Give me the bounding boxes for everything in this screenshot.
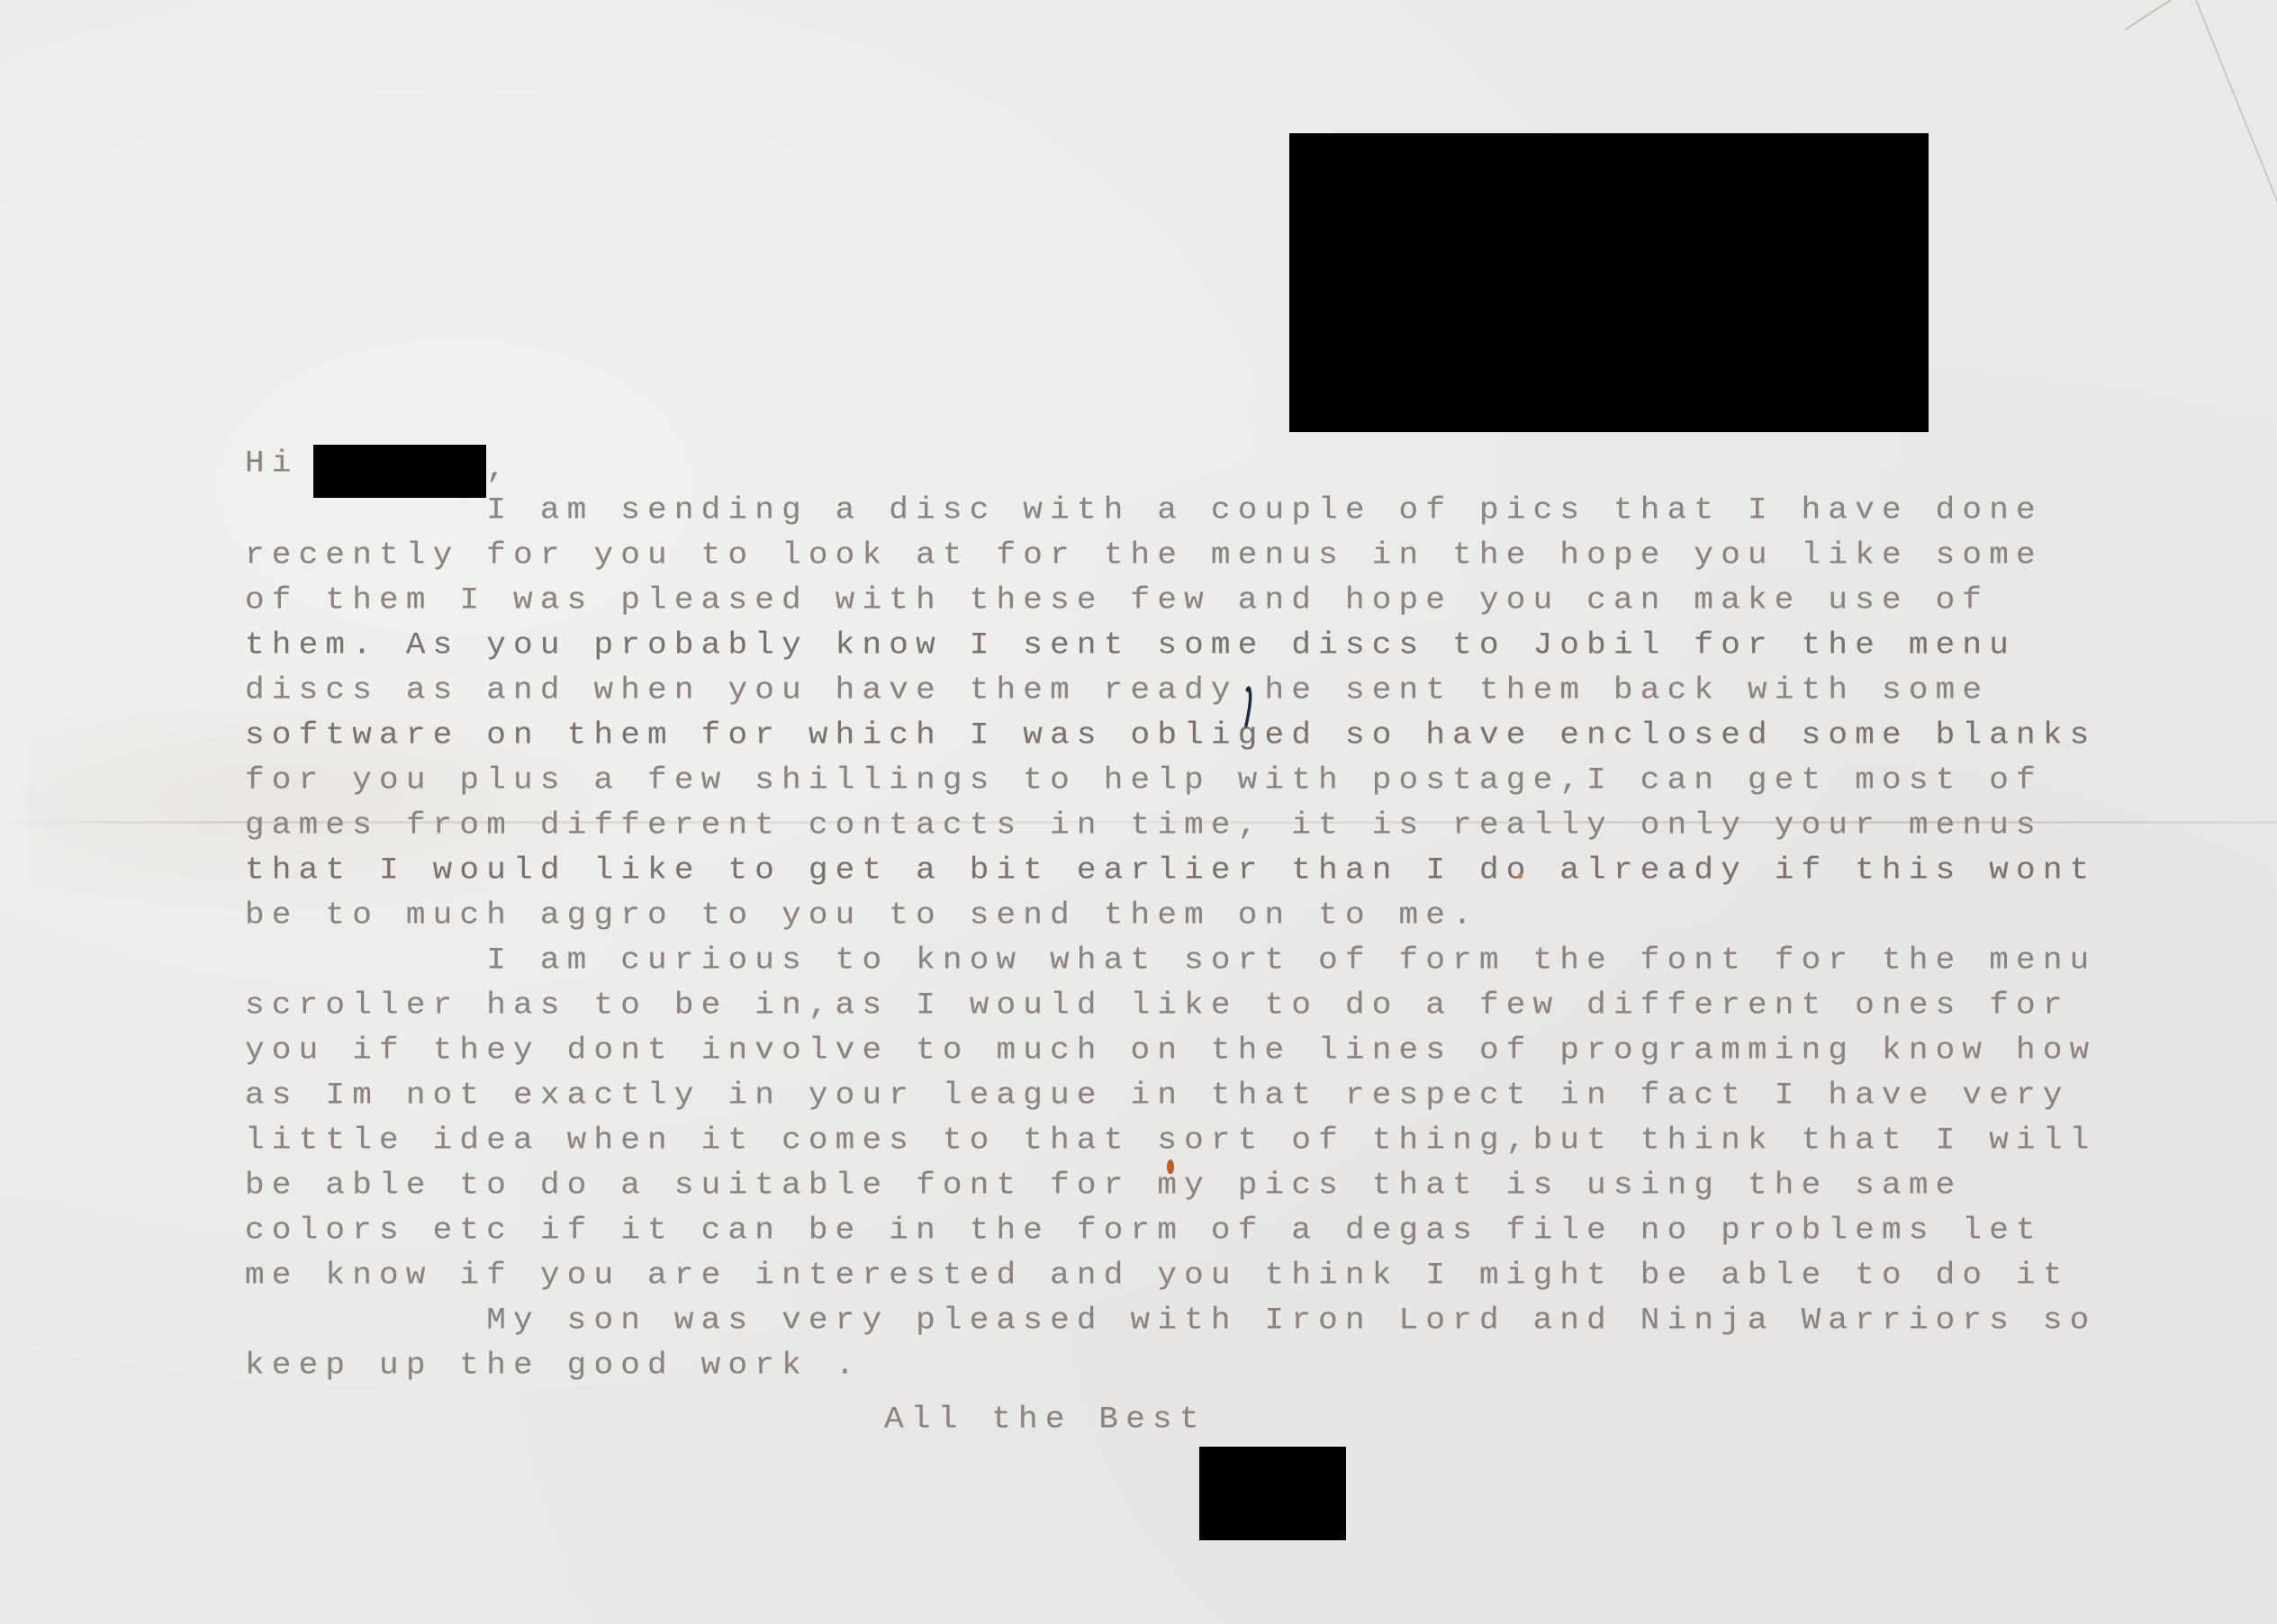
body-line: keep up the good work .	[245, 1349, 862, 1383]
body-line: colors etc if it can be in the form of a…	[245, 1213, 2043, 1248]
sign-off: All the Best	[884, 1403, 1206, 1437]
stain-mark	[1518, 873, 1523, 879]
body-line: scroller has to be in,as I would like to…	[245, 988, 2070, 1023]
body-line: discs as and when you have them ready he…	[245, 673, 1989, 708]
greeting-salutation: Hi	[245, 447, 299, 481]
body-line: be to much aggro to you to send them on …	[245, 898, 1479, 933]
body-line: My son was very pleased with Iron Lord a…	[245, 1304, 2096, 1338]
greeting-comma: ,	[486, 452, 513, 486]
body-line: I am sending a disc with a couple of pic…	[245, 493, 2043, 528]
recipient-name-redaction	[313, 445, 486, 498]
body-line: you if they dont involve to much on the …	[245, 1033, 2096, 1068]
body-line: recently for you to look at for the menu…	[245, 538, 2043, 573]
sender-address-redaction	[1289, 133, 1929, 432]
body-line: I am curious to know what sort of form t…	[245, 943, 2096, 978]
signature-redaction	[1199, 1447, 1346, 1540]
body-line: that I would like to get a bit earlier t…	[245, 853, 2096, 888]
body-line: of them I was pleased with these few and…	[245, 583, 1989, 618]
handwritten-comma	[1241, 684, 1253, 729]
body-line: little idea when it comes to that sort o…	[245, 1123, 2096, 1158]
body-line: be able to do a suitable font for my pic…	[245, 1168, 1962, 1203]
body-line: software on them for which I was obliged…	[245, 718, 2096, 753]
body-line: as Im not exactly in your league in that…	[245, 1078, 2070, 1113]
body-line: for you plus a few shillings to help wit…	[245, 763, 2043, 798]
body-line: them. As you probably know I sent some d…	[245, 628, 2016, 663]
body-line: me know if you are interested and you th…	[245, 1259, 2070, 1293]
body-line: games from different contacts in time, i…	[245, 808, 2043, 843]
stain-mark	[1167, 1159, 1174, 1174]
